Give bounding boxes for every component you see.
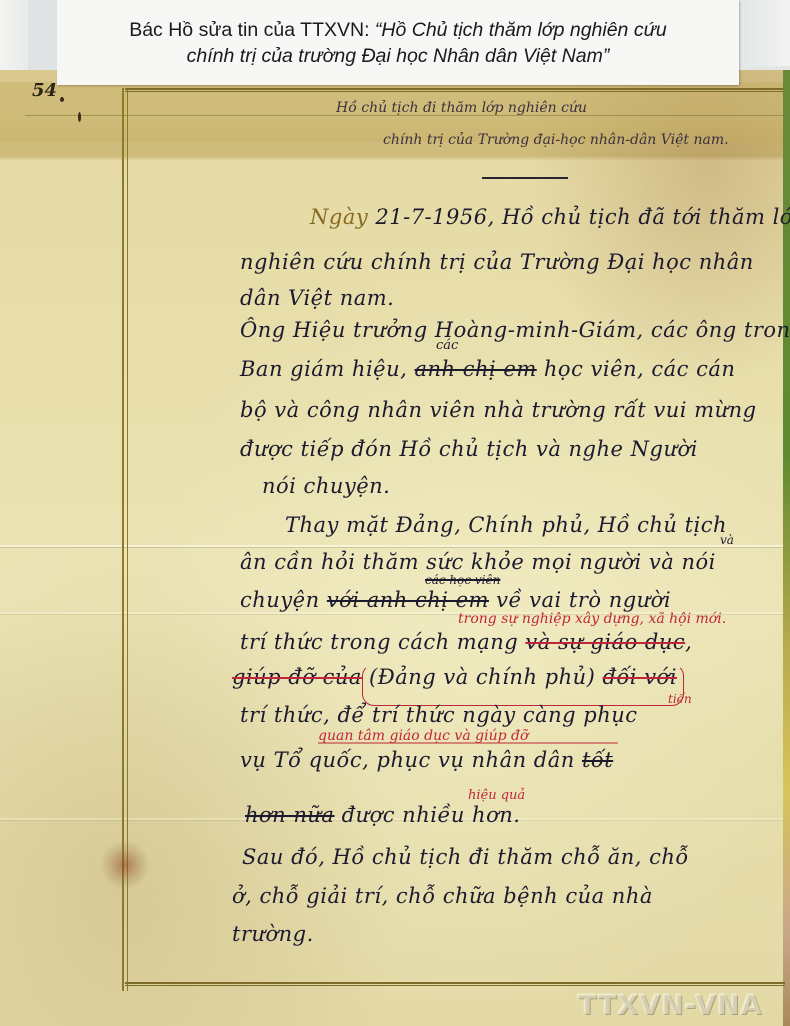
title-underline [482,177,568,179]
margin-rule-bottom [125,982,785,986]
caption-line-1: Bác Hồ sửa tin của TTXVN: “Hồ Chủ tịch t… [57,17,739,43]
line-text: trí thức trong cách mạng [240,630,525,654]
insertion-above: các [436,338,458,353]
struck-text: với anh chị em [327,588,489,612]
paper-fold [0,545,785,547]
red-insertion: trong sự nghiệp xây dựng, xã hội mới. [458,611,726,627]
red-insertion: tiến [668,692,692,706]
struck-text: tốt [582,748,613,772]
body-line-6: bộ và công nhân viên nhà trường rất vui … [240,398,757,422]
agency-watermark: TTXVN-VNA [578,990,762,1021]
body-line-1: Ngày 21-7-1956, Hồ chủ tịch đã tới thăm … [310,205,790,229]
ink-dot [60,97,64,102]
line-text: 21-7-1956, Hồ chủ tịch đã tới thăm lớp [368,205,790,229]
ink-stain [100,840,150,890]
body-line-16: hơn nữa được nhiều hơn. [245,803,520,827]
caption-quote-1: “Hồ Chủ tịch thăm lớp nghiên cứu [375,19,667,41]
red-insertion: hiệu quả [468,788,525,803]
body-line-2: nghiên cứu chính trị của Trường Đại học … [240,250,754,274]
caption-label: Bác Hồ sửa tin của TTXVN: “Hồ Chủ tịch t… [57,0,739,85]
backdrop [28,0,56,72]
body-line-7: được tiếp đón Hồ chủ tịch và nghe Người [240,437,698,461]
struck-text: anh chị em [414,357,536,381]
body-line-19: trường. [232,922,314,946]
insertion-above: và [720,533,734,547]
body-line-3: dân Việt nam. [240,286,394,310]
struck-text: hơn nữa [245,803,334,827]
line-text: vụ Tổ quốc, phục vụ nhân dân [240,748,582,772]
line-text: , [685,630,692,654]
body-line-14: trí thức, để trí thức ngày càng phục [240,703,638,727]
body-line-15: vụ Tổ quốc, phục vụ nhân dân tốt [240,748,613,772]
struck-text: giúp đỡ của [232,665,362,689]
backdrop [740,0,790,66]
ink-dot [78,112,81,122]
inserted-word: Ngày [310,205,368,229]
body-line-5: Ban giám hiệu, anh chị em học viên, các … [240,357,735,381]
line-text: chuyện [240,588,327,612]
line-text: được nhiều hơn. [334,803,520,827]
backdrop [0,0,28,72]
doc-title-line-1: Hồ chủ tịch đi thăm lớp nghiên cứu [336,100,587,116]
caption-quote-2: chính trị của trường Đại học Nhân dân Vi… [57,43,739,69]
line-text: học viên, các cán [537,357,736,381]
body-line-12: trí thức trong cách mạng và sự giáo dục, [240,630,692,654]
body-line-11: chuyện với anh chị em về vai trò người [240,588,671,612]
page-number: 54 [32,80,57,101]
margin-rule-top [125,88,783,92]
body-line-10: ân cần hỏi thăm sức khỏe mọi người và nó… [240,550,716,574]
doc-title-line-2: chính trị của Trường đại-học nhân-dân Vi… [383,132,729,148]
body-line-17: Sau đó, Hồ chủ tịch đi thăm chỗ ăn, chỗ [242,845,689,869]
caption-prefix: Bác Hồ sửa tin của TTXVN: [129,19,375,41]
struck-insertion: các học viên [425,573,500,587]
body-line-4: Ông Hiệu trưởng Hoàng-minh-Giám, các ông… [240,318,790,342]
body-line-9: Thay mặt Đảng, Chính phủ, Hồ chủ tịch [285,513,727,537]
line-text: về vai trò người [489,588,671,612]
body-line-8: nói chuyện. [262,474,390,498]
red-underline [318,742,618,744]
line-text: Ban giám hiệu, [240,357,414,381]
body-line-18: ở, chỗ giải trí, chỗ chữa bệnh của nhà [232,884,653,908]
red-bracket-mark [362,664,684,706]
struck-text: và sự giáo dục [525,630,685,654]
